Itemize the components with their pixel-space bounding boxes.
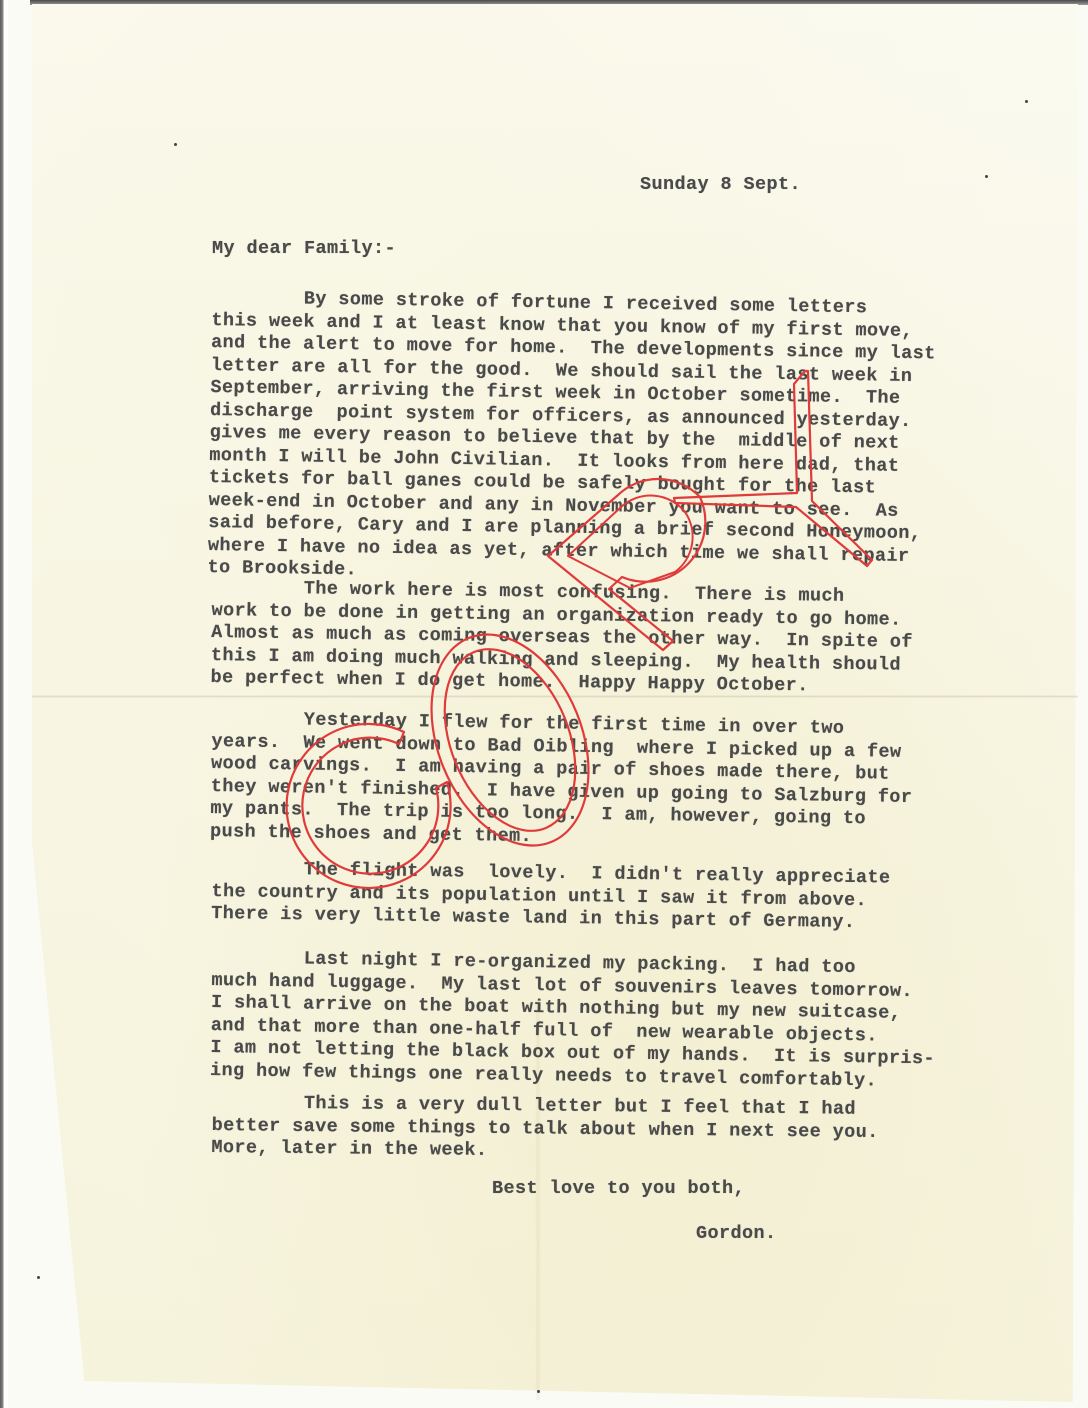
paper-speck — [1025, 100, 1028, 103]
paper-speck — [174, 143, 177, 146]
paragraph-3: Yesterday I flew for the first time in o… — [210, 708, 1032, 856]
paragraph-6: This is a very dull letter but I feel th… — [211, 1092, 1032, 1168]
paragraph-5: Last night I re-organized my packing. I … — [210, 947, 1032, 1095]
letter-signature: Gordon. — [696, 1225, 777, 1244]
scanned-page: Sunday 8 Sept. My dear Family:- By some … — [0, 0, 1088, 1408]
paper-speck — [985, 175, 988, 178]
letter-closing: Best love to you both, — [492, 1180, 745, 1199]
paper-speck — [37, 1276, 40, 1279]
paragraph-4: The flight was lovely. I didn't really a… — [211, 858, 1032, 937]
letter-date: Sunday 8 Sept. — [640, 176, 801, 195]
letter-body: Sunday 8 Sept. My dear Family:- By some … — [0, 0, 1088, 1408]
paragraph-1: By some stroke of fortune I received som… — [207, 287, 1031, 592]
paragraph-2: The work here is most confusing. There i… — [210, 577, 1031, 701]
paper-speck — [537, 1390, 540, 1393]
letter-salutation: My dear Family:- — [212, 240, 396, 259]
